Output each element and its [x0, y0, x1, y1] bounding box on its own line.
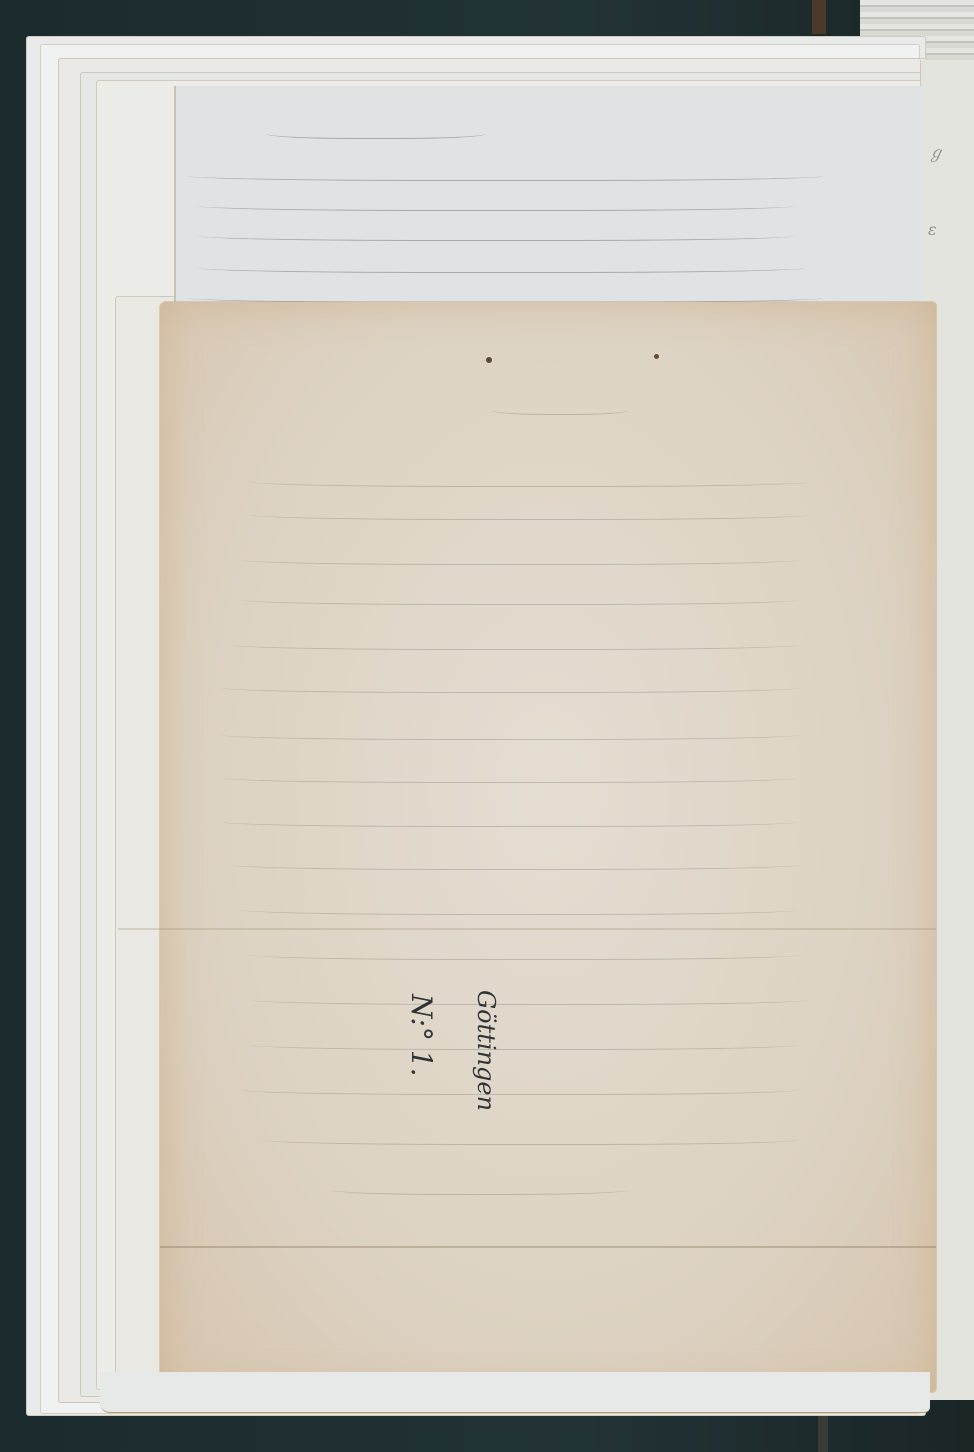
- bleed-through-line: [196, 260, 806, 273]
- ink-spot: [654, 354, 659, 359]
- bleed-through-line: [230, 857, 800, 870]
- bleed-through-line: [266, 126, 486, 139]
- bleed-through-line: [196, 228, 796, 241]
- main-letter-page: [160, 302, 936, 1392]
- fold-line: [118, 928, 936, 930]
- bleed-through-heading: [490, 402, 630, 415]
- upper-letter-sheet: [174, 86, 924, 316]
- bleed-through-line: [240, 592, 800, 605]
- facing-page-script: ɛ: [928, 220, 937, 239]
- bleed-through-line: [330, 1182, 630, 1195]
- bleed-through-line: [250, 474, 810, 487]
- bleed-through-line: [220, 770, 800, 783]
- bleed-through-line: [260, 1132, 800, 1145]
- bleed-through-line: [196, 198, 796, 211]
- annotation-place: Göttingen: [472, 990, 500, 1111]
- bleed-through-line: [250, 1037, 800, 1050]
- bleed-through-line: [250, 947, 800, 960]
- bleed-through-line: [240, 552, 800, 565]
- ink-spot: [486, 357, 492, 363]
- bleed-through-line: [250, 507, 810, 520]
- facing-page-script: ℊ: [928, 140, 944, 163]
- fold-line: [160, 1246, 936, 1248]
- bleed-through-line: [220, 680, 800, 693]
- binding-strip: [812, 0, 826, 34]
- bleed-through-line: [186, 168, 826, 181]
- bleed-through-line: [220, 814, 800, 827]
- bleed-through-line: [230, 637, 800, 650]
- archival-annotation: Göttingen N:° 1.: [380, 990, 520, 1170]
- bleed-through-line: [240, 1082, 800, 1095]
- bleed-through-line: [240, 902, 800, 915]
- lower-sheet-edge: [100, 1372, 930, 1413]
- annotation-number: N:° 1.: [405, 994, 438, 1077]
- bleed-through-line: [250, 992, 810, 1005]
- bleed-through-line: [220, 727, 800, 740]
